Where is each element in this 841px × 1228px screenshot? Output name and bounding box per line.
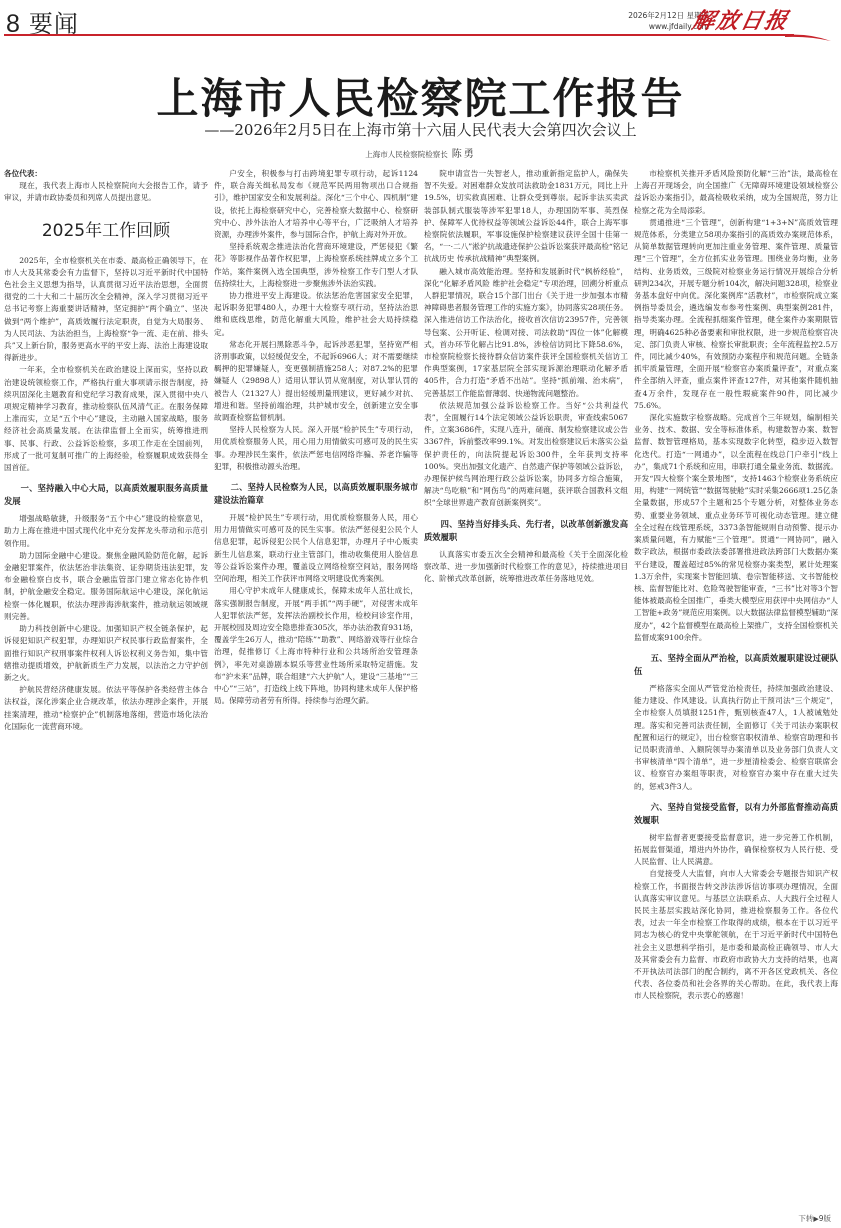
subsection-heading: 四、坚持当好排头兵、先行者，以改革创新激发高质效履职 (424, 518, 628, 544)
body-paragraph: 树牢监督者更要接受监督意识，进一步完善工作机制，拓展监督渠道，增进内外协作，确保… (634, 832, 838, 869)
body-paragraph: 认真落实市委五次全会精神和最高检《关于全面深化检察改革、进一步加强新时代检察工作… (424, 549, 628, 586)
subsection-heading: 二、坚持人民检察为人民，以高质效履职服务城市建设法治篇章 (214, 481, 418, 507)
body-paragraph: 深化实施数字检察战略。完成首个三年规划，编制相关业务、技术、数据、安全等标准体系… (634, 412, 838, 644)
continued-on-label[interactable]: 下转▶9版 (798, 1213, 831, 1224)
article-column-1: 各位代表： 现在，我代表上海市人民检察院向大会报告工作，请予审议，并请市政协委员… (4, 168, 208, 1214)
body-paragraph: 开展“检护民生”专项行动，用优质检察服务人民，用心用力用情做实可感可及的民生实事… (214, 512, 418, 585)
body-paragraph: 常态化开展扫黑除恶斗争，起诉涉恶犯罪，坚持宽严相济刑事政策，以轻缓促安全，不起诉… (214, 339, 418, 424)
header-divider (4, 34, 794, 36)
byline: 上海市人民检察院检察长陈勇 (0, 145, 841, 160)
subsection-heading: 一、坚持融入中心大局，以高质效履职服务高质量发展 (4, 482, 208, 508)
body-paragraph: 坚持系统观念推进法治化营商环境建设，严惩侵犯《繁花》等影视作品著作权犯罪，上海检… (214, 241, 418, 290)
body-paragraph: 贯通推进“三个管理”，创新构建“1+3+N”高质效管理规范体系，分类建立58项办… (634, 217, 838, 412)
salutation: 各位代表： (4, 168, 208, 180)
body-paragraph: 助力国际金融中心建设。聚焦金融风险防范化解，起诉金融犯罪案件，依法惩治非法集资、… (4, 550, 208, 623)
body-paragraph: 协力推进平安上海建设。依法惩治危害国家安全犯罪，起诉职务犯罪480人，办理十大检… (214, 290, 418, 339)
newspaper-logo: 解放日报 (690, 4, 793, 35)
article-column-4: 市检察机关推开矛盾风险预防化解“三治”法，最高检在上海召开现场会，向全国推广《无… (634, 168, 838, 1214)
article-column-2: 户安全，积极参与打击跨境犯罪专项行动，起诉1124件，联合海关缉私局发布《规范军… (214, 168, 418, 1214)
body-paragraph: 一年来，全市检察机关在政治建设上深而实，坚持以政治建设统领检察工作，严格执行重大… (4, 364, 208, 474)
intro-paragraph: 现在，我代表上海市人民检察院向大会报告工作，请予审议，并请市政协委员和列席人员提… (4, 180, 208, 204)
body-paragraph: 严格落实全面从严管党治检责任，持续加强政治建设、能力建设、作风建设。认真执行防止… (634, 683, 838, 793)
subsection-heading: 五、坚持全面从严治检，以高质效履职建设过硬队伍 (634, 652, 838, 678)
continued-page: 9版 (819, 1214, 831, 1223)
subsection-heading: 六、坚持自觉接受监督，以有力外部监督推动高质效履职 (634, 801, 838, 827)
section-heading: 2025年工作回顾 (4, 221, 208, 241)
body-paragraph: 增强战略敏捷，升级服务“五个中心”建设的检察意见，助力上海在推进中国式现代化中充… (4, 513, 208, 550)
body-paragraph: 户安全，积极参与打击跨境犯罪专项行动，起诉1124件，联合海关缉私局发布《规范军… (214, 168, 418, 241)
body-paragraph: 自觉接受人大监督，向市人大常委会专题报告知识产权检察工作，书面报告转交涉法涉诉信… (634, 868, 838, 1002)
swoosh-decoration-icon (785, 28, 831, 42)
body-paragraph: 用心守护未成年人健康成长，保障未成年人茁壮成长，落实强制报告制度，开展“两手抓”… (214, 585, 418, 707)
body-paragraph: 院申请宣告一失智老人，推动重新指定监护人，确保失智不失爱。对困难群众发放司法救助… (424, 168, 628, 266)
byline-name: 陈勇 (452, 149, 476, 160)
article-column-3: 院申请宣告一失智老人，推动重新指定监护人，确保失智不失爱。对困难群众发放司法救助… (424, 168, 628, 1214)
body-paragraph: 助力科技创新中心建设。加强知识产权全链条保护，起诉侵犯知识产权犯罪，办理知识产权… (4, 623, 208, 684)
article-title: 上海市人民检察院工作报告 (0, 66, 841, 126)
body-paragraph: 市检察机关推开矛盾风险预防化解“三治”法，最高检在上海召开现场会，向全国推广《无… (634, 168, 838, 217)
body-paragraph: 依法规范加强公益诉讼检察工作。当好“公共利益代表”，全面履行14个法定领域公益诉… (424, 400, 628, 510)
body-paragraph: 坚持人民检察为人民。深入开展“检护民生”专项行动，用优质检察服务人民，用心用力用… (214, 424, 418, 473)
body-paragraph: 融入城市高效能治理。坚持和发展新时代“枫桥经验”，深化“化解矛盾风险 维护社会稳… (424, 266, 628, 400)
byline-role: 上海市人民检察院检察长 (365, 150, 448, 159)
continued-text: 下转 (798, 1214, 813, 1223)
article-subtitle: ——2026年2月5日在上海市第十六届人民代表大会第四次会议上 (0, 119, 841, 140)
masthead: 8要闻 2026年2月12日 星期四 www.jfdaily.com 解放日报 (0, 0, 841, 40)
body-paragraph: 护航民营经济健康发展。依法平等保护各类经营主体合法权益，深化涉案企业合规改革，依… (4, 684, 208, 733)
body-paragraph: 2025年，全市检察机关在市委、最高检正确领导下，在市人大及其常委会有力监督下，… (4, 255, 208, 365)
article-body: 各位代表： 现在，我代表上海市人民检察院向大会报告工作，请予审议，并请市政协委员… (4, 168, 838, 1214)
